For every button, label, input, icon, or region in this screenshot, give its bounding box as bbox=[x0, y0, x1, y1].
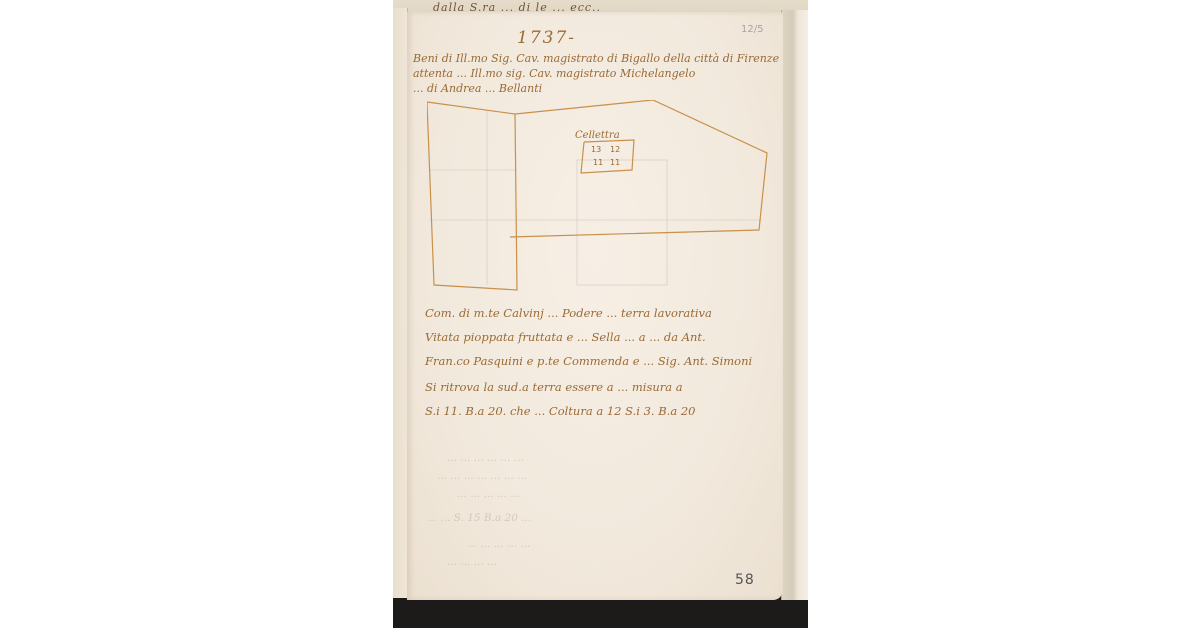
left-page-leaf bbox=[393, 8, 408, 598]
map-cell-number: 11 bbox=[610, 158, 620, 167]
map-cell-number: 12 bbox=[610, 145, 620, 154]
body-line: Fran.co Pasquini e p.te Commenda e ... S… bbox=[425, 354, 752, 368]
title-line: Beni di Ill.mo Sig. Cav. magistrato di B… bbox=[413, 52, 779, 66]
title-line: ... di Andrea ... Bellanti bbox=[413, 82, 542, 96]
bleed-through-line: ... ... S. 15 B.a 20 ... bbox=[427, 512, 531, 524]
manuscript-page: 1737- 12/5 Beni di Ill.mo Sig. Cav. magi… bbox=[407, 12, 783, 600]
bleed-through-line: ... ... ... ... ... ... ... bbox=[437, 470, 527, 482]
right-page-edges bbox=[781, 10, 808, 600]
title-line: attenta ... Ill.mo sig. Cav. magistrato … bbox=[413, 67, 695, 81]
bleed-through-line: ... ... ... ... ... ... bbox=[447, 452, 524, 464]
page-number: 58 bbox=[735, 572, 755, 588]
body-line: Vitata pioppata fruttata e ... Sella ...… bbox=[425, 330, 706, 344]
map-cell-number: 11 bbox=[593, 158, 603, 167]
year-heading: 1737- bbox=[517, 28, 576, 48]
bleed-through-line: ... ... ... ... ... bbox=[457, 488, 520, 500]
body-line: Com. di m.te Calvinj ... Podere ... terr… bbox=[425, 306, 712, 320]
manuscript-scan: dalla S.ra ... di le ... ecc.. 1737- 12/… bbox=[393, 0, 808, 628]
map-label: Cellettra bbox=[575, 130, 620, 141]
body-line: Si ritrova la sud.a terra essere a ... m… bbox=[425, 380, 683, 394]
map-cell-number: 13 bbox=[591, 145, 601, 154]
body-line: S.i 11. B.a 20. che ... Coltura a 12 S.i… bbox=[425, 404, 695, 418]
bleed-through-line: ... ... ... ... ... bbox=[467, 538, 530, 550]
folio-mark: 12/5 bbox=[741, 24, 763, 35]
bleed-through-line: ... ... ... ... bbox=[447, 556, 497, 568]
